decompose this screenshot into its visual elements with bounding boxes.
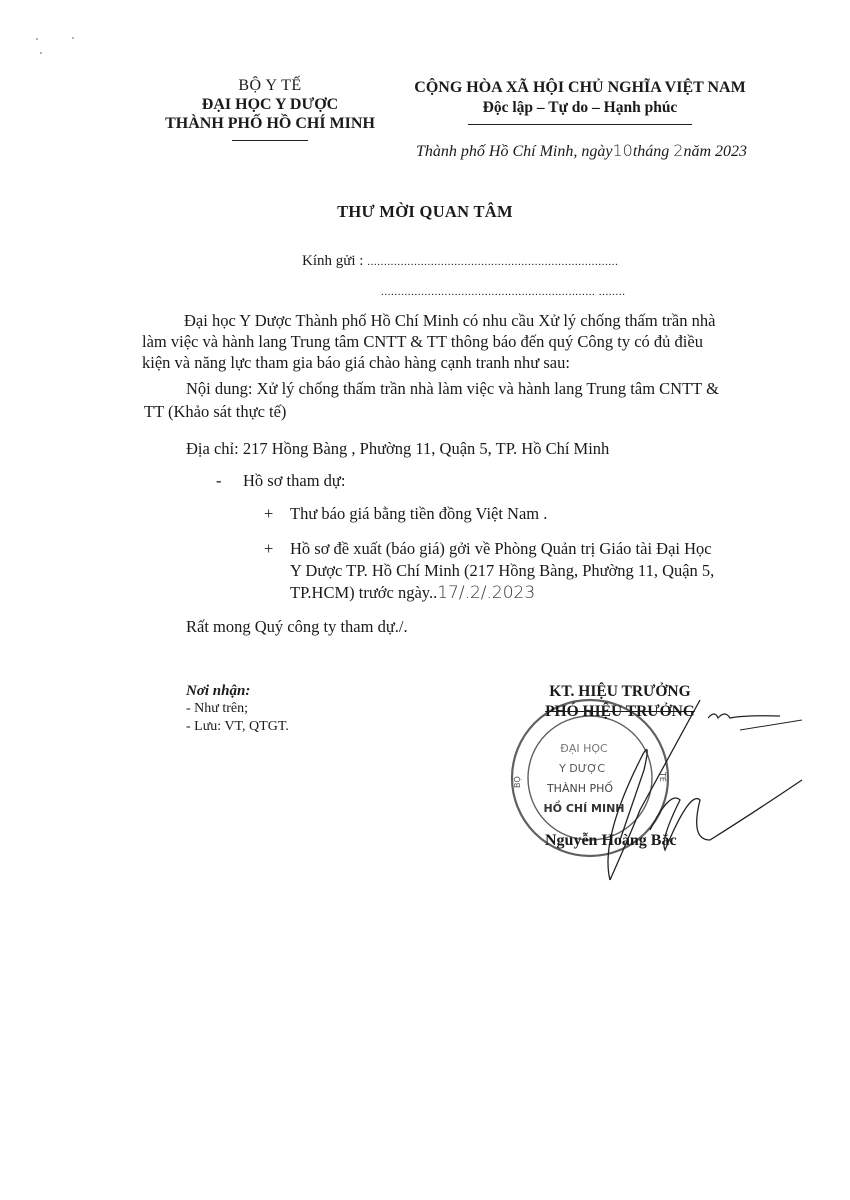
national-header: CỘNG HÒA XÃ HỘI CHỦ NGHĨA VIỆT NAM Độc l… [380,78,780,125]
recipient-item: - Lưu: VT, QTGT. [186,718,289,736]
ministry-name: BỘ Y TẾ [140,76,400,95]
issuer-header: BỘ Y TẾ ĐẠI HỌC Y DƯỢC THÀNH PHỐ HỒ CHÍ … [140,76,400,141]
date-month-handwritten: 2 [673,141,683,160]
date-day-handwritten: 10 [612,141,632,160]
university-name: ĐẠI HỌC Y DƯỢC [140,95,400,114]
document-date: Thành phố Hồ Chí Minh, ngày10tháng 2năm … [416,141,747,161]
header-divider [232,140,308,141]
dash-bullet: - [216,470,222,492]
dossier-item-submission: Hồ sơ đề xuất (báo giá) gởi về Phòng Quả… [290,538,790,604]
scan-speck [36,38,38,40]
deadline-handwritten: 17/.2/.2023 [437,583,535,603]
date-year: năm 2023 [683,143,747,160]
intro-paragraph: Đại học Y Dược Thành phố Hồ Chí Minh có … [186,310,782,373]
deadline-prefix: TP.HCM) trước ngày.. [290,583,437,602]
recipient-label: Kính gửi : [302,253,363,269]
republic-name: CỘNG HÒA XÃ HỘI CHỦ NGHĨA VIỆT NAM [380,78,780,98]
intro-line: làm việc và hành lang Trung tâm CNTT & T… [144,331,782,352]
dossier-item-quote: Thư báo giá bằng tiền đồng Việt Nam . [290,503,547,525]
dossier-heading: Hồ sơ tham dự: [243,470,345,492]
plus-bullet: + [264,538,273,560]
motto-divider [468,124,692,125]
date-prefix: Thành phố Hồ Chí Minh, ngày [416,143,612,160]
national-motto: Độc lập – Tự do – Hạnh phúc [380,98,780,118]
address-line: Địa chỉ: 217 Hồng Bàng , Phường 11, Quận… [186,438,782,459]
content-line-continued: TT (Khảo sát thực tế) [144,401,740,422]
university-city: THÀNH PHỐ HỒ CHÍ MINH [140,114,400,133]
submission-line: TP.HCM) trước ngày..17/.2/.2023 [290,582,790,604]
date-month-label: tháng [633,143,669,160]
closing-line: Rất mong Quý công ty tham dự./. [186,616,782,637]
intro-line: kiện và năng lực tham gia báo giá chào h… [144,352,782,373]
scan-speck [72,37,74,39]
content-line: Nội dung: Xử lý chống thấm trần nhà làm … [186,378,782,399]
document-title: THƯ MỜI QUAN TÂM [0,202,850,222]
stamp-left-text: BỘ [511,776,522,788]
recipient-blank-1: ........................................… [367,256,618,268]
recipient-blank-2: ........................................… [381,286,626,298]
submission-line: Hồ sơ đề xuất (báo giá) gởi về Phòng Quả… [290,538,790,560]
handwritten-signature-icon [540,690,810,890]
scan-speck [40,52,42,54]
signer-name: Nguyễn Hoàng Bắc [545,832,677,850]
plus-bullet: + [264,503,273,525]
recipient-item: - Như trên; [186,700,289,718]
recipient-line: Kính gửi : .............................… [302,253,618,270]
submission-line: Y Dược TP. Hồ Chí Minh (217 Hồng Bàng, P… [290,560,790,582]
recipients-heading: Nơi nhận: [186,682,289,700]
recipients-block: Nơi nhận: - Như trên; - Lưu: VT, QTGT. [186,682,289,736]
intro-line: Đại học Y Dược Thành phố Hồ Chí Minh có … [186,310,782,331]
